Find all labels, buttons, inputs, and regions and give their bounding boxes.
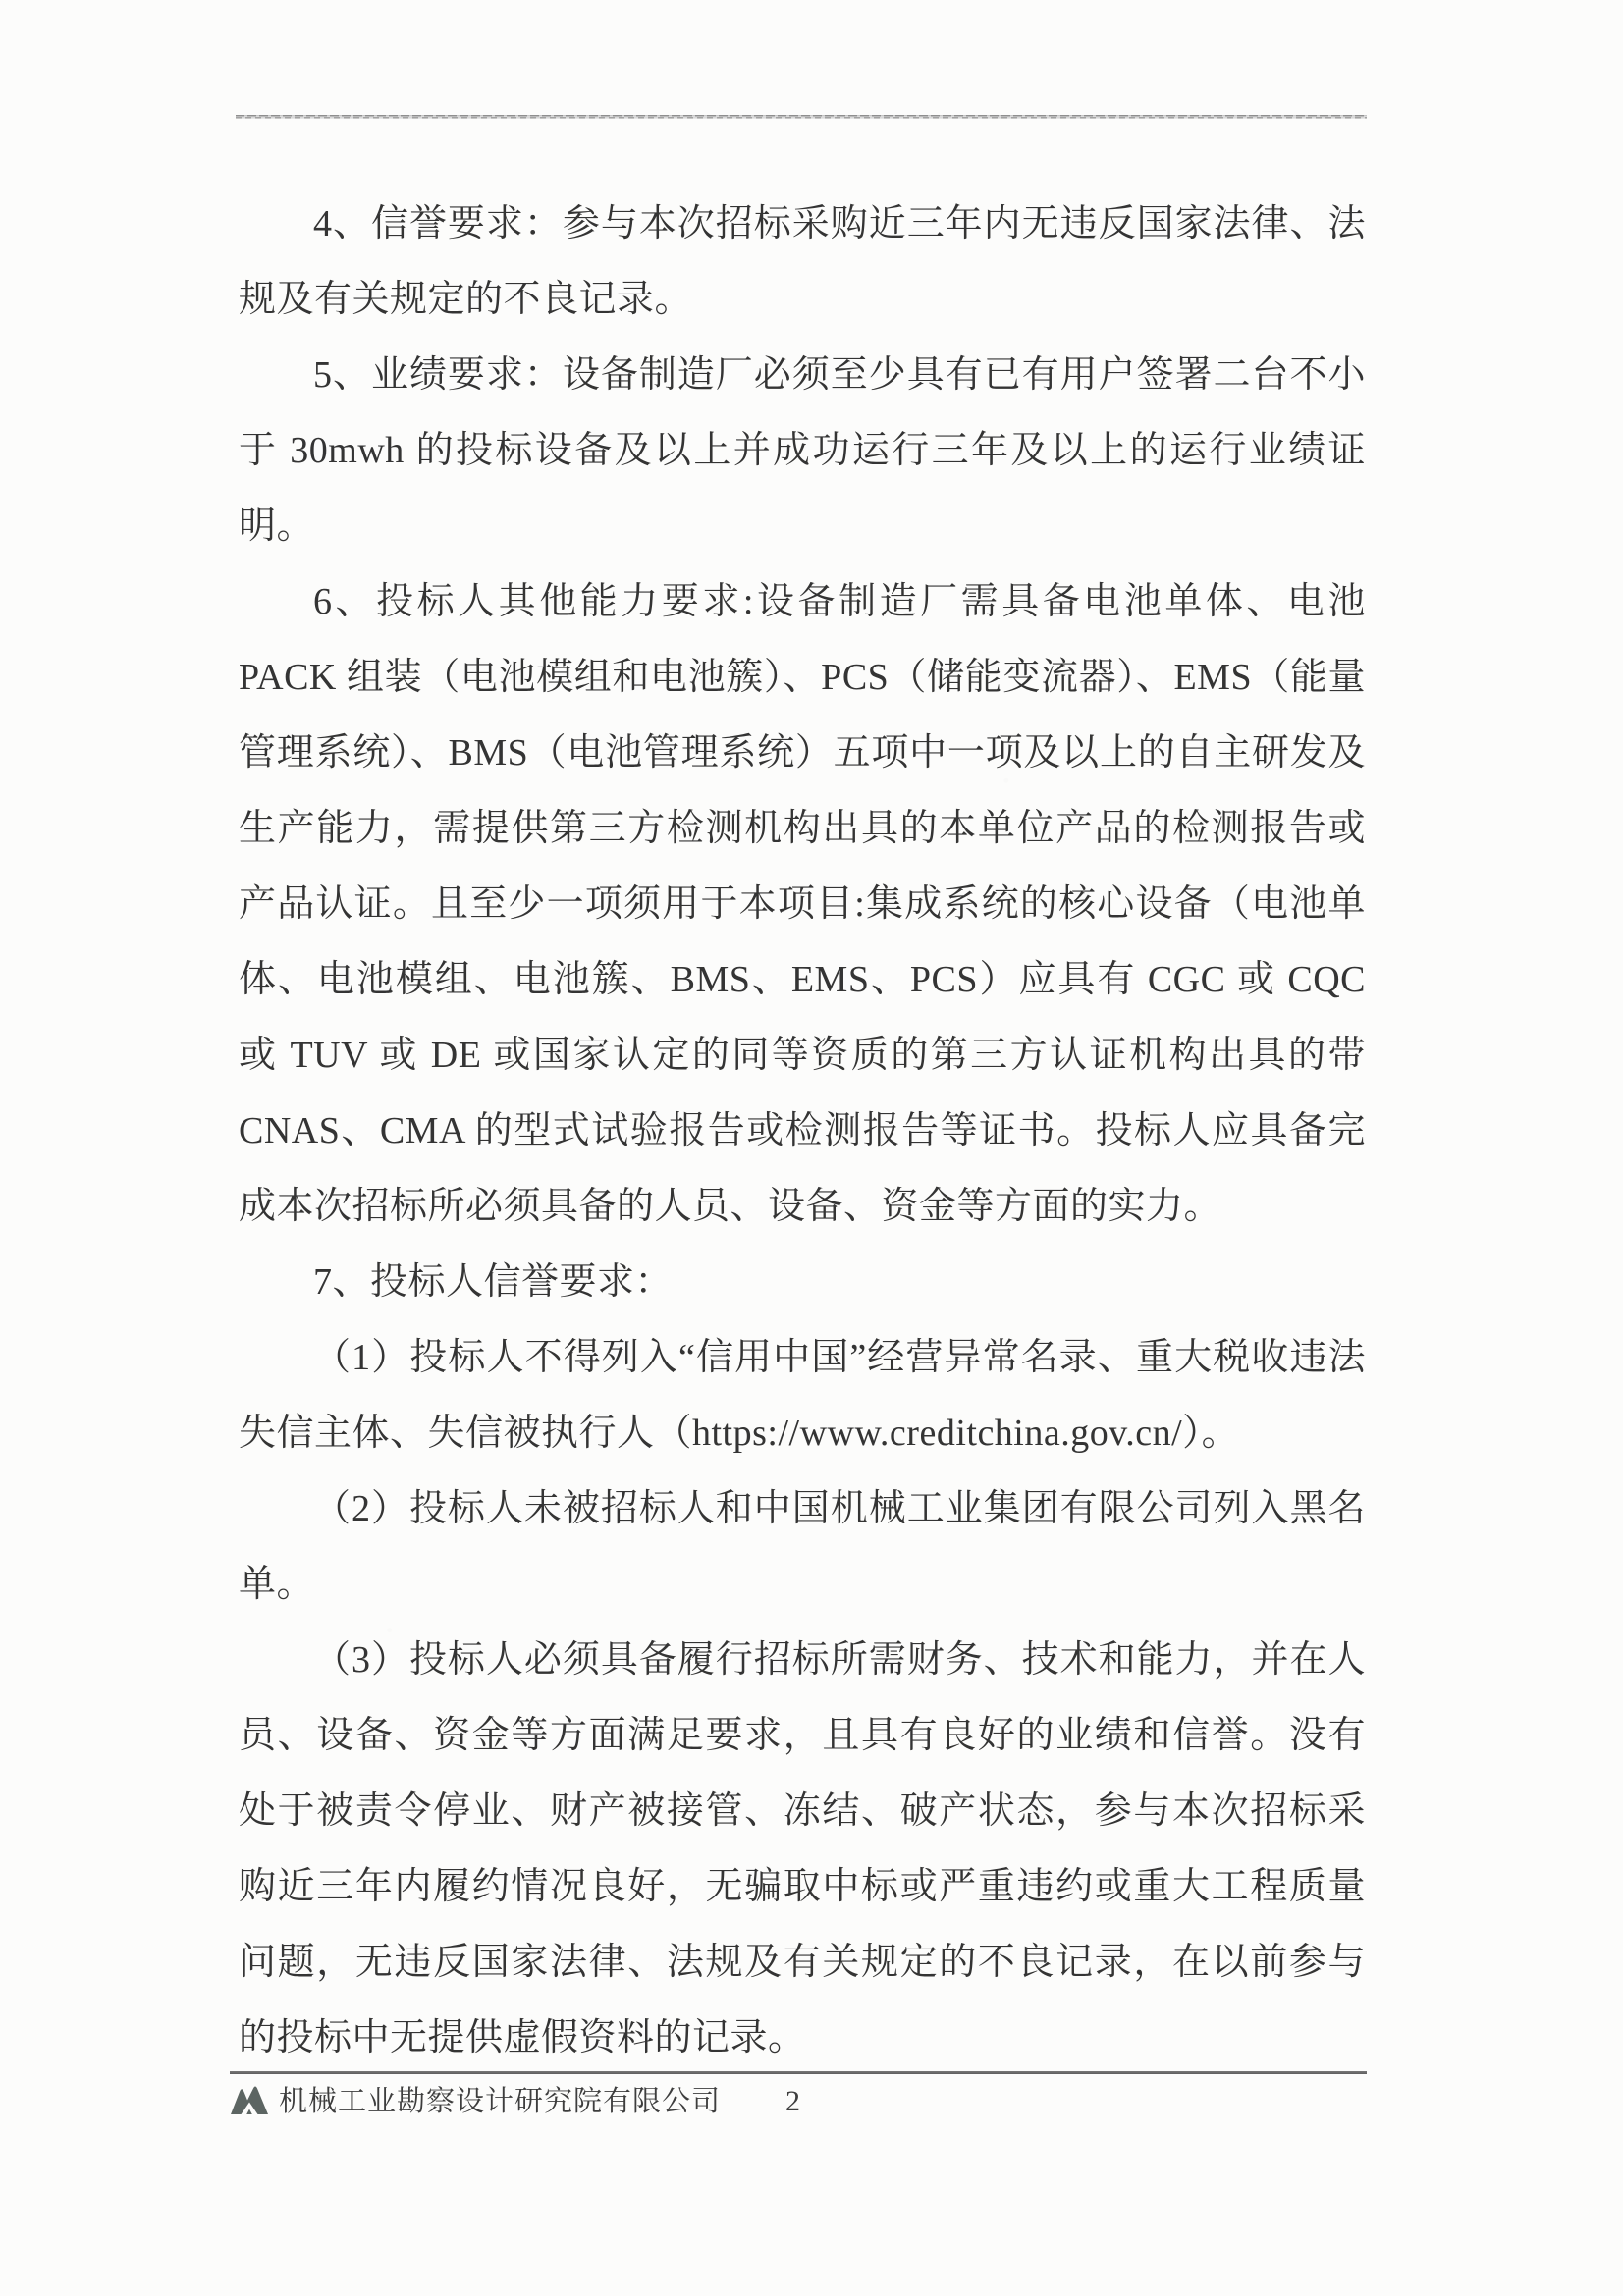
footer-page-number: 2	[785, 2082, 800, 2121]
footer-row: 机械工业勘察设计研究院有限公司 2	[230, 2082, 1367, 2125]
page-footer: 机械工业勘察设计研究院有限公司 2	[230, 2071, 1367, 2125]
paragraph-requirement-5: 5、业绩要求：设备制造厂必须至少具有已有用户签署二台不小于 30mwh 的投标设…	[239, 338, 1366, 564]
document-body: 4、信誉要求：参与本次招标采购近三年内无违反国家法律、法规及有关规定的不良记录。…	[239, 187, 1366, 2076]
paragraph-requirement-7-1: （1）投标人不得列入“信用中国”经营异常名录、重大税收违法失信主体、失信被执行人…	[239, 1320, 1366, 1471]
paragraph-requirement-6: 6、投标人其他能力要求:设备制造厂需具备电池单体、电池 PACK 组装（电池模组…	[239, 564, 1366, 1245]
mountain-logo-icon	[230, 2084, 269, 2115]
paragraph-requirement-7-2: （2）投标人未被招标人和中国机械工业集团有限公司列入黑名单。	[239, 1471, 1366, 1623]
header-rule	[236, 115, 1367, 119]
paragraph-requirement-4: 4、信誉要求：参与本次招标采购近三年内无违反国家法律、法规及有关规定的不良记录。	[239, 187, 1366, 338]
footer-rule	[230, 2071, 1367, 2074]
footer-company-name: 机械工业勘察设计研究院有限公司	[279, 2082, 721, 2121]
paragraph-requirement-7-3: （3）投标人必须具备履行招标所需财务、技术和能力，并在人员、设备、资金等方面满足…	[239, 1623, 1366, 2076]
document-page: 4、信誉要求：参与本次招标采购近三年内无违反国家法律、法规及有关规定的不良记录。…	[0, 0, 1623, 2296]
paragraph-requirement-7: 7、投标人信誉要求：	[239, 1245, 1366, 1320]
